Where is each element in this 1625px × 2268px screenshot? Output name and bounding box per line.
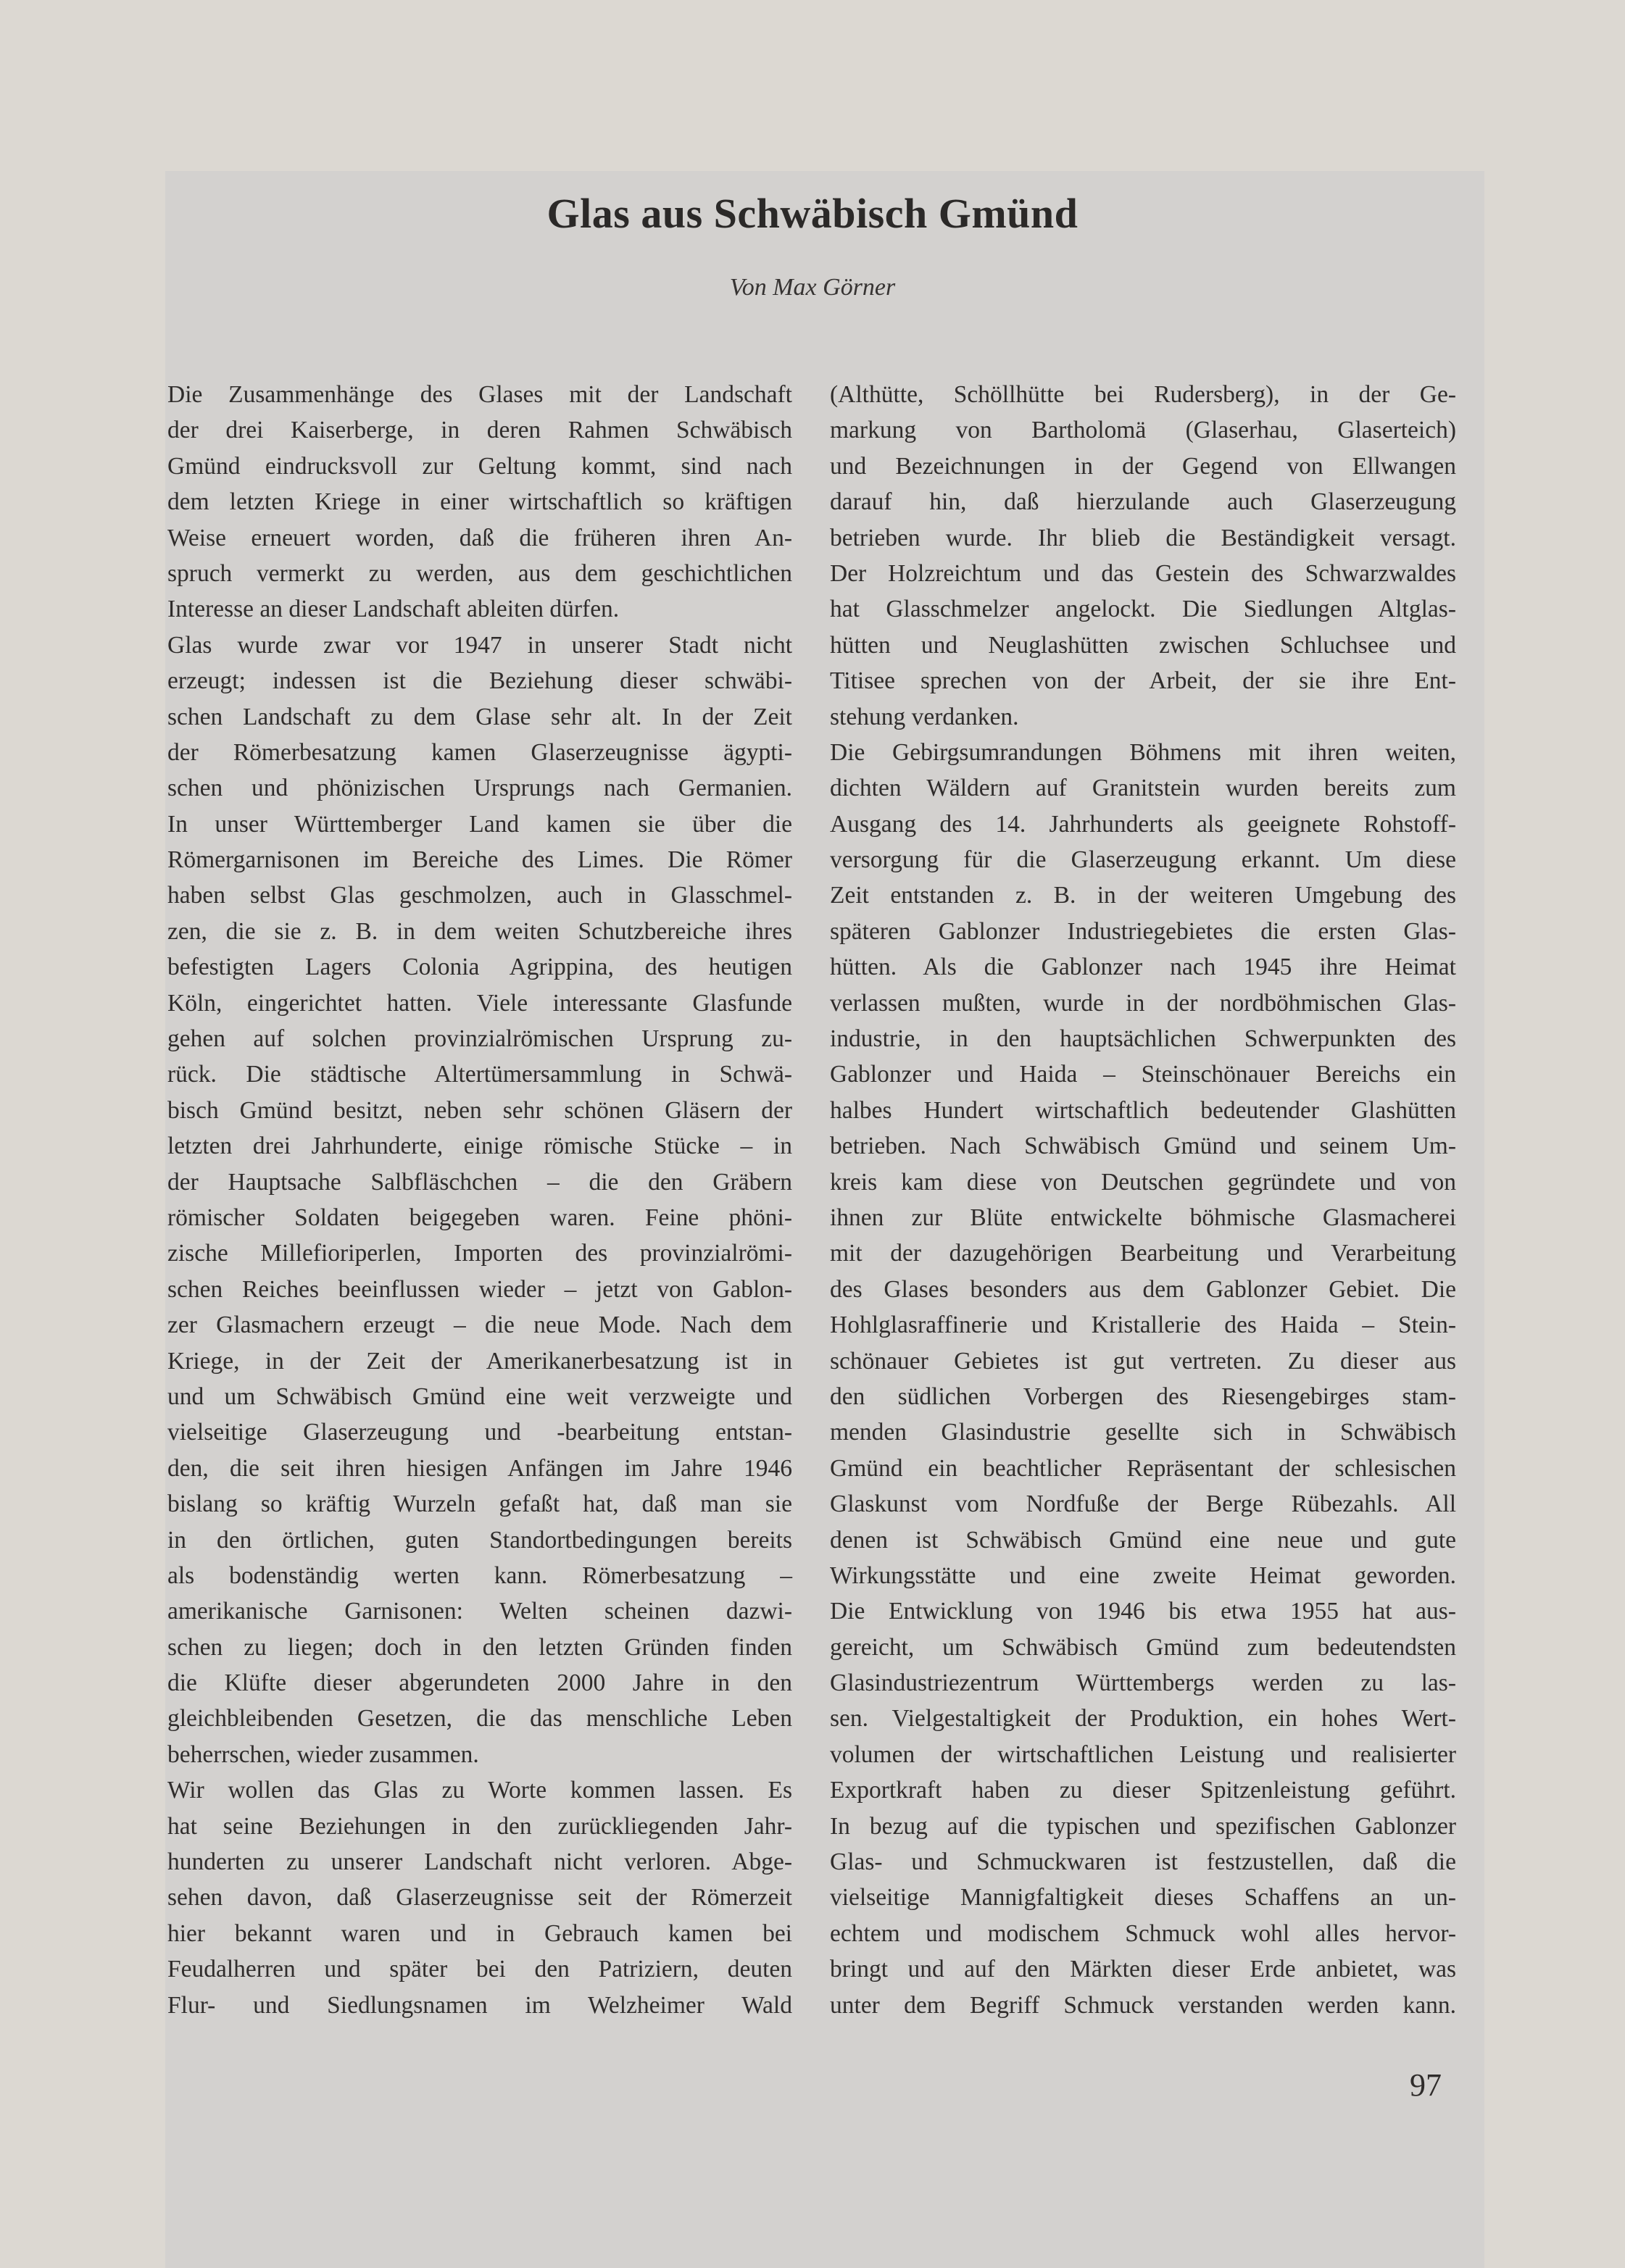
text-column-left: Die Zusammenhänge des Glases mit der Lan… (167, 377, 792, 2023)
text-line: Die Zusammenhänge des Glases mit der Lan… (167, 377, 792, 412)
text-line: dem letzten Kriege in einer wirtschaftli… (167, 484, 792, 520)
text-line: römischer Soldaten beigegeben waren. Fei… (167, 1200, 792, 1235)
text-line: Die Entwicklung von 1946 bis etwa 1955 h… (830, 1593, 1456, 1629)
text-line: zer Glasmachern erzeugt – die neue Mode.… (167, 1307, 792, 1343)
text-line: zische Millefioriperlen, Importen des pr… (167, 1235, 792, 1271)
text-line: markung von Bartholomä (Glaserhau, Glase… (830, 412, 1456, 448)
text-line: befestigten Lagers Colonia Agrippina, de… (167, 949, 792, 985)
text-line: Flur- und Siedlungsnamen im Welzheimer W… (167, 1988, 792, 2023)
text-line: und um Schwäbisch Gmünd eine weit verzwe… (167, 1379, 792, 1414)
text-line: bringt und auf den Märkten dieser Erde a… (830, 1951, 1456, 1987)
text-line: versorgung für die Glaserzeugung erkannt… (830, 842, 1456, 877)
text-line: echtem und modischem Schmuck wohl alles … (830, 1916, 1456, 1951)
text-line: des Glases besonders aus dem Gablonzer G… (830, 1272, 1456, 1307)
author-byline: Von Max Görner (0, 274, 1625, 301)
text-line: als bodenständig werten kann. Römerbesat… (167, 1558, 792, 1593)
text-line: dichten Wäldern auf Granitstein wurden b… (830, 770, 1456, 806)
text-line: Ausgang des 14. Jahrhunderts als geeigne… (830, 806, 1456, 842)
text-line: Die Gebirgsumrandungen Böhmens mit ihren… (830, 735, 1456, 770)
text-line: Kriege, in der Zeit der Amerikanerbesatz… (167, 1343, 792, 1379)
text-line: darauf hin, daß hierzulande auch Glaserz… (830, 484, 1456, 520)
article-title: Glas aus Schwäbisch Gmünd (0, 189, 1625, 238)
text-line: betrieben wurde. Ihr blieb die Beständig… (830, 520, 1456, 556)
text-line: gleichbleibenden Gesetzen, die das mensc… (167, 1701, 792, 1736)
text-line: Interesse an dieser Landschaft ableiten … (167, 591, 792, 627)
text-line: Wir wollen das Glas zu Worte kommen lass… (167, 1772, 792, 1808)
text-line: Glas wurde zwar vor 1947 in unserer Stad… (167, 628, 792, 663)
text-line: in den örtlichen, guten Standortbedingun… (167, 1522, 792, 1558)
text-line: spruch vermerkt zu werden, aus dem gesch… (167, 556, 792, 591)
text-line: Gmünd ein beachtlicher Repräsentant der … (830, 1451, 1456, 1486)
text-line: der Hauptsache Salbfläschchen – die den … (167, 1164, 792, 1200)
text-line: Feudalherren und später bei den Patrizie… (167, 1951, 792, 1987)
text-line: (Althütte, Schöllhütte bei Rudersberg), … (830, 377, 1456, 412)
text-line: hütten und Neuglashütten zwischen Schluc… (830, 628, 1456, 663)
text-line: denen ist Schwäbisch Gmünd eine neue und… (830, 1522, 1456, 1558)
text-line: mit der dazugehörigen Bearbeitung und Ve… (830, 1235, 1456, 1271)
text-line: sen. Vielgestaltigkeit der Produktion, e… (830, 1701, 1456, 1736)
text-line: Köln, eingerichtet hatten. Viele interes… (167, 985, 792, 1021)
text-line: Wirkungsstätte und eine zweite Heimat ge… (830, 1558, 1456, 1593)
text-line: kreis kam diese von Deutschen gegründete… (830, 1164, 1456, 1200)
text-line: den südlichen Vorbergen des Riesengebirg… (830, 1379, 1456, 1414)
text-line: hier bekannt waren und in Gebrauch kamen… (167, 1916, 792, 1951)
text-line: Römergarnisonen im Bereiche des Limes. D… (167, 842, 792, 877)
text-line: schen und phönizischen Ursprungs nach Ge… (167, 770, 792, 806)
text-line: volumen der wirtschaftlichen Leistung un… (830, 1737, 1456, 1772)
text-line: späteren Gablonzer Industriegebietes die… (830, 914, 1456, 949)
text-line: rück. Die städtische Altertümersammlung … (167, 1056, 792, 1092)
text-line: industrie, in den hauptsächlichen Schwer… (830, 1021, 1456, 1056)
text-line: Glas- und Schmuckwaren ist festzustellen… (830, 1844, 1456, 1880)
text-line: amerikanische Garnisonen: Welten scheine… (167, 1593, 792, 1629)
text-line: schen Landschaft zu dem Glase sehr alt. … (167, 699, 792, 735)
text-line: hat Glasschmelzer angelockt. Die Siedlun… (830, 591, 1456, 627)
text-line: stehung verdanken. (830, 699, 1456, 735)
text-line: halbes Hundert wirtschaftlich bedeutende… (830, 1093, 1456, 1128)
text-line: sehen davon, daß Glaserzeugnisse seit de… (167, 1880, 792, 1915)
text-line: menden Glasindustrie gesellte sich in Sc… (830, 1414, 1456, 1450)
text-line: und Bezeichnungen in der Gegend von Ellw… (830, 449, 1456, 484)
text-line: zen, die sie z. B. in dem weiten Schutzb… (167, 914, 792, 949)
text-line: gereicht, um Schwäbisch Gmünd zum bedeut… (830, 1630, 1456, 1665)
text-line: Gmünd eindrucksvoll zur Geltung kommt, s… (167, 449, 792, 484)
text-line: Zeit entstanden z. B. in der weiteren Um… (830, 877, 1456, 913)
text-line: bisch Gmünd besitzt, neben sehr schönen … (167, 1093, 792, 1128)
page-number: 97 (1410, 2067, 1442, 2104)
text-line: vielseitige Glaserzeugung und -bearbeitu… (167, 1414, 792, 1450)
text-line: verlassen mußten, wurde in der nordböhmi… (830, 985, 1456, 1021)
text-line: Gablonzer und Haida – Steinschönauer Ber… (830, 1056, 1456, 1092)
text-line: Der Holzreichtum und das Gestein des Sch… (830, 556, 1456, 591)
text-line: haben selbst Glas geschmolzen, auch in G… (167, 877, 792, 913)
text-line: ihnen zur Blüte entwickelte böhmische Gl… (830, 1200, 1456, 1235)
text-line: gehen auf solchen provinzialrömischen Ur… (167, 1021, 792, 1056)
text-line: hat seine Beziehungen in den zurückliege… (167, 1809, 792, 1844)
text-line: der drei Kaiserberge, in deren Rahmen Sc… (167, 412, 792, 448)
text-line: die Klüfte dieser abgerundeten 2000 Jahr… (167, 1665, 792, 1701)
text-line: beherrschen, wieder zusammen. (167, 1737, 792, 1772)
text-line: der Römerbesatzung kamen Glaserzeugnisse… (167, 735, 792, 770)
text-line: schen Reiches beeinflussen wieder – jetz… (167, 1272, 792, 1307)
text-line: letzten drei Jahrhunderte, einige römisc… (167, 1128, 792, 1164)
text-line: schönauer Gebietes ist gut vertreten. Zu… (830, 1343, 1456, 1379)
text-line: hütten. Als die Gablonzer nach 1945 ihre… (830, 949, 1456, 985)
text-line: unter dem Begriff Schmuck verstanden wer… (830, 1988, 1456, 2023)
text-line: betrieben. Nach Schwäbisch Gmünd und sei… (830, 1128, 1456, 1164)
text-line: Hohlglasraffinerie und Kristallerie des … (830, 1307, 1456, 1343)
text-line: hunderten zu unserer Landschaft nicht ve… (167, 1844, 792, 1880)
text-line: vielseitige Mannigfaltigkeit dieses Scha… (830, 1880, 1456, 1915)
text-line: schen zu liegen; doch in den letzten Grü… (167, 1630, 792, 1665)
text-line: In bezug auf die typischen und spezifisc… (830, 1809, 1456, 1844)
text-line: In unser Württemberger Land kamen sie üb… (167, 806, 792, 842)
text-line: erzeugt; indessen ist die Beziehung dies… (167, 663, 792, 699)
text-line: bislang so kräftig Wurzeln gefaßt hat, d… (167, 1486, 792, 1522)
text-line: Exportkraft haben zu dieser Spitzenleist… (830, 1772, 1456, 1808)
text-line: den, die seit ihren hiesigen Anfängen im… (167, 1451, 792, 1486)
text-line: Glaskunst vom Nordfuße der Berge Rübezah… (830, 1486, 1456, 1522)
text-line: Titisee sprechen von der Arbeit, der sie… (830, 663, 1456, 699)
text-column-right: (Althütte, Schöllhütte bei Rudersberg), … (830, 377, 1456, 2023)
text-line: Glasindustriezentrum Württembergs werden… (830, 1665, 1456, 1701)
text-line: Weise erneuert worden, daß die früheren … (167, 520, 792, 556)
